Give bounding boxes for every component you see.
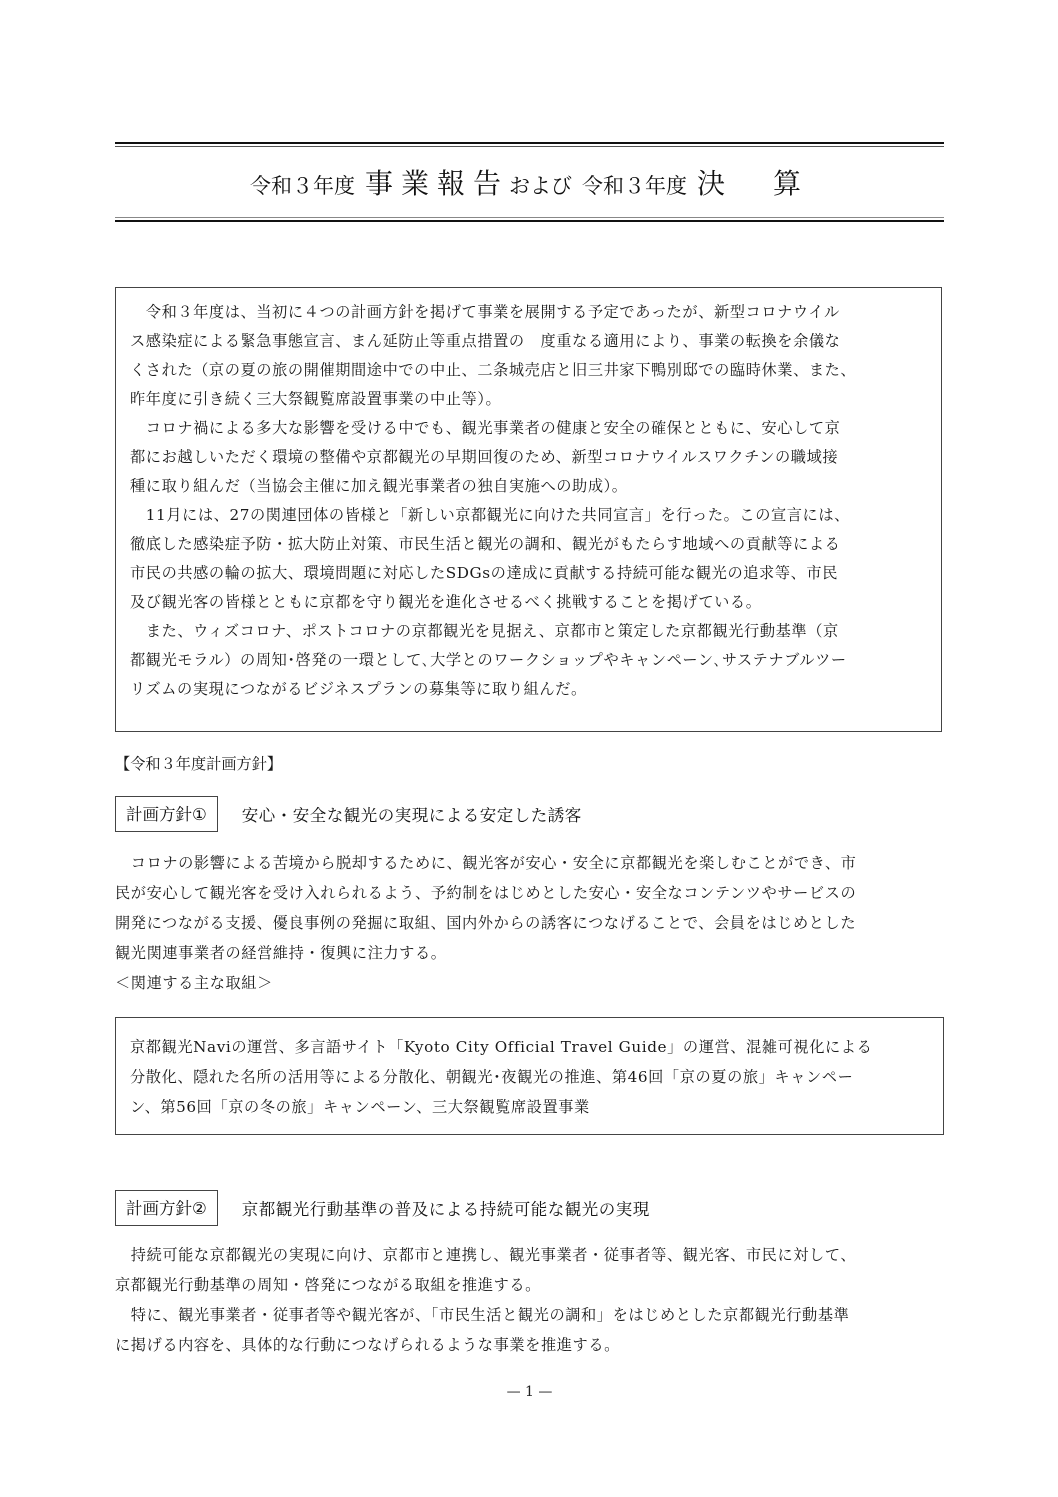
title-settlement-1: 決: [697, 167, 733, 200]
title-year-1: 令和３年度: [250, 174, 355, 198]
text-line: コロナの影響による苦境から脱却するために、観光客が安心・安全に京都観光を楽しむこ…: [115, 848, 944, 878]
text-line: 特に、観光事業者・従事者等や観光客が、「市民生活と観光の調和」をはじめとした京都…: [115, 1300, 944, 1330]
text-line: 民が安心して観光客を受け入れられるよう、予約制をはじめとした安心・安全なコンテン…: [115, 878, 944, 908]
title-and: および: [509, 174, 572, 198]
text-line: 観光関連事業者の経営維持・復興に注力する。: [115, 938, 944, 968]
text-line: 持続可能な京都観光の実現に向け、京都市と連携し、観光事業者・従事者等、観光客、市…: [115, 1240, 944, 1270]
policy-1-heading: 計画方針① 安心・安全な観光の実現による安定した誘客: [115, 795, 582, 833]
policy-1-body: コロナの影響による苦境から脱却するために、観光客が安心・安全に京都観光を楽しむこ…: [115, 848, 944, 998]
summary-paragraph-3: 11月には、27の関連団体の皆様と「新しい京都観光に向けた共同宣言」を行った。こ…: [130, 501, 927, 617]
text-line: 令和３年度は、当初に４つの計画方針を掲げて事業を展開する予定であったが、新型コロ…: [130, 298, 927, 327]
text-line: リズムの実現につながるビジネスプランの募集等に取り組んだ。: [130, 675, 927, 704]
text-line: 京都観光行動基準の周知・啓発につながる取組を推進する。: [115, 1270, 944, 1300]
section-label-plan-policies: 【令和３年度計画方針】: [115, 753, 282, 774]
policy-2-heading: 計画方針② 京都観光行動基準の普及による持続可能な観光の実現: [115, 1189, 650, 1227]
text-line: 市民の共感の輪の拡大、環境問題に対応したSDGsの達成に貢献する持続可能な観光の…: [130, 559, 927, 588]
title-rule-top: [115, 142, 944, 144]
text-line: 開発につながる支援、優良事例の発掘に取組、国内外からの誘客につなげることで、会員…: [115, 908, 944, 938]
text-line: くされた（京の夏の旅の開催期間途中での中止、二条城売店と旧三井家下鴨別邸での臨時…: [130, 356, 927, 385]
text-line: 分散化、隠れた名所の活用等による分散化、朝観光･夜観光の推進、第46回「京の夏の…: [130, 1062, 929, 1092]
text-line: コロナ禍による多大な影響を受ける中でも、観光事業者の健康と安全の確保とともに、安…: [130, 414, 927, 443]
title-settlement-2: 算: [773, 167, 809, 200]
text-line: ン、第56回「京の冬の旅」キャンペーン、三大祭観覧席設置事業: [130, 1092, 929, 1122]
text-line: 都観光モラル）の周知･啓発の一環として､大学とのワークショップやキャンペーン､サ…: [130, 646, 927, 675]
summary-paragraph-4: また、ウィズコロナ、ポストコロナの京都観光を見据え、京都市と策定した京都観光行動…: [130, 617, 927, 704]
summary-box: 令和３年度は、当初に４つの計画方針を掲げて事業を展開する予定であったが、新型コロ…: [115, 287, 942, 732]
text-line: 都にお越しいただく環境の整備や京都観光の早期回復のため、新型コロナウイルスワクチ…: [130, 443, 927, 472]
policy-2-badge: 計画方針②: [115, 1190, 218, 1226]
title-business-report: 事業報告: [365, 167, 509, 200]
title-rule-bottom-thin: [115, 217, 944, 218]
policy-2-body: 持続可能な京都観光の実現に向け、京都市と連携し、観光事業者・従事者等、観光客、市…: [115, 1240, 944, 1360]
related-initiatives-label: ＜関連する主な取組＞: [115, 968, 944, 998]
policy-1-title: 安心・安全な観光の実現による安定した誘客: [242, 802, 582, 826]
summary-paragraph-1: 令和３年度は、当初に４つの計画方針を掲げて事業を展開する予定であったが、新型コロ…: [130, 298, 927, 414]
policy-2-title: 京都観光行動基準の普及による持続可能な観光の実現: [242, 1196, 650, 1220]
title-rule-bottom: [115, 220, 944, 222]
title-year-2: 令和３年度: [582, 174, 687, 198]
title-rule-top-thin: [115, 146, 944, 147]
text-line: 及び観光客の皆様とともに京都を守り観光を進化させるべく挑戦することを掲げている。: [130, 588, 927, 617]
page-number: — 1 —: [115, 1384, 944, 1400]
text-line: また、ウィズコロナ、ポストコロナの京都観光を見据え、京都市と策定した京都観光行動…: [130, 617, 927, 646]
text-line: 徹底した感染症予防・拡大防止対策、市民生活と観光の調和、観光がもたらす地域への貢…: [130, 530, 927, 559]
text-line: に掲げる内容を、具体的な行動につなげられるような事業を推進する。: [115, 1330, 944, 1360]
document-title: 令和３年度事業報告および令和３年度決算: [115, 164, 944, 204]
text-line: 昨年度に引き続く三大祭観覧席設置事業の中止等）。: [130, 385, 927, 414]
text-line: 京都観光Naviの運営、多言語サイト「Kyoto City Official T…: [130, 1032, 929, 1062]
text-line: 種に取り組んだ（当協会主催に加え観光事業者の独自実施への助成）。: [130, 472, 927, 501]
policy-1-related-initiatives-box: 京都観光Naviの運営、多言語サイト「Kyoto City Official T…: [115, 1017, 944, 1135]
summary-paragraph-2: コロナ禍による多大な影響を受ける中でも、観光事業者の健康と安全の確保とともに、安…: [130, 414, 927, 501]
policy-1-badge: 計画方針①: [115, 796, 218, 832]
text-line: ス感染症による緊急事態宣言、まん延防止等重点措置の 度重なる適用により、事業の転…: [130, 327, 927, 356]
text-line: 11月には、27の関連団体の皆様と「新しい京都観光に向けた共同宣言」を行った。こ…: [130, 501, 927, 530]
